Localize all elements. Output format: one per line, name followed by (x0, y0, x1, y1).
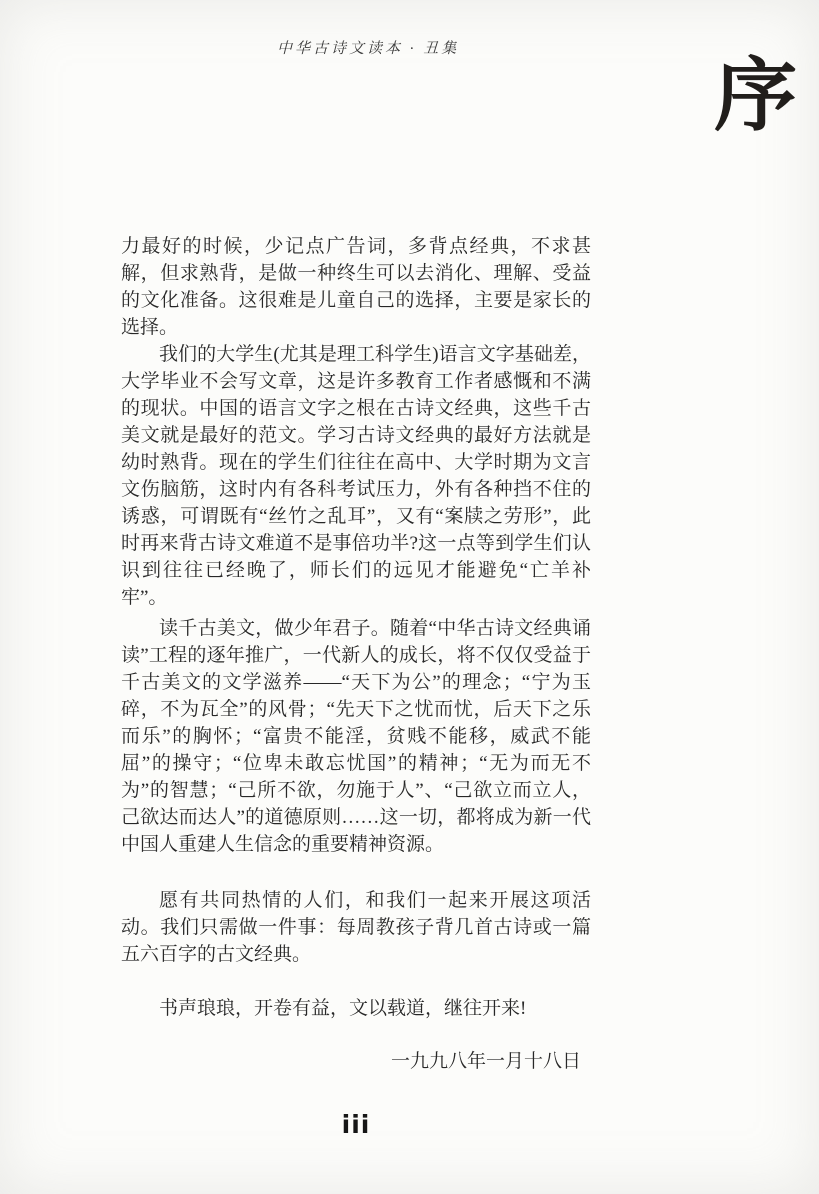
running-header: 中华古诗文读本 · 丑集 (277, 37, 577, 58)
closing-line: 书声琅琅，开卷有益，文以载道，继往开来! (121, 995, 591, 1022)
page-number: iii (336, 1110, 376, 1139)
book-page: 中华古诗文读本 · 丑集 序 力最好的时候，少记点广告词，多背点经典，不求甚解，… (0, 0, 819, 1194)
section-stamp-preface: 序 (714, 56, 797, 136)
body-paragraph: 我们的大学生(尤其是理工科学生)语言文字基础差，大学毕业不会写文章，这是许多教育… (121, 341, 591, 611)
body-paragraph: 力最好的时候，少记点广告词，多背点经典，不求甚解，但求熟背，是做一种终生可以去消… (121, 233, 591, 341)
body-paragraph: 愿有共同热情的人们，和我们一起来开展这项活动。我们只需做一件事：每周教孩子背几首… (121, 887, 591, 968)
date-line: 一九九八年一月十八日 (121, 1048, 591, 1075)
body-paragraph: 读千古美文，做少年君子。随着“中华古诗文经典诵读”工程的逐年推广，一代新人的成长… (121, 615, 591, 858)
